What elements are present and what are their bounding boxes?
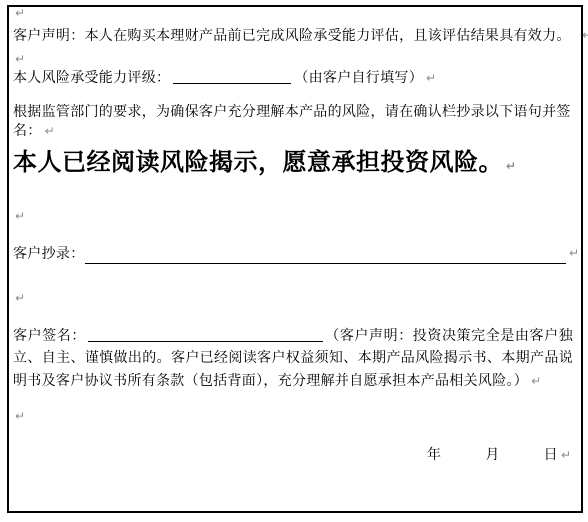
risk-rating-note: （由客户自行填写） — [294, 71, 423, 86]
risk-rating-line: 本人风险承受能力评级：（由客户自行填写）↵ — [13, 69, 579, 88]
date-day-label: 日 — [544, 448, 558, 463]
transcription-label: 客户抄录： — [13, 245, 85, 264]
paragraph-mark-icon: ↵ — [15, 292, 25, 304]
paragraph-mark-icon: ↵ — [561, 448, 571, 462]
customer-statement-line: 客户声明：本人在购买本理财产品前已完成风险承受能力评估，且该评估结果具有效力。 — [13, 27, 575, 46]
date-month-label: 月 — [485, 448, 499, 463]
paragraph-mark-icon: ↵ — [15, 210, 25, 222]
document-page: ↵ 客户声明：本人在购买本理财产品前已完成风险承受能力评估，且该评估结果具有效力… — [0, 0, 588, 522]
date-year-label: 年 — [427, 448, 441, 463]
paragraph-mark-icon: ↵ — [569, 244, 579, 263]
paragraph-mark-icon: ↵ — [15, 410, 25, 422]
instruction-line: 根据监管部门的要求，为确保客户充分理解本产品的风险，请在确认栏抄录以下语句并签名… — [13, 103, 583, 141]
pledge-heading: 本人已经阅读风险揭示，愿意承担投资风险。↵ — [13, 148, 516, 181]
transcription-blank-field[interactable] — [85, 248, 566, 264]
signature-paragraph: 客户签名：（客户声明：投资决策完全是由客户独立、自主、谨慎做出的。客户已经阅读客… — [13, 326, 573, 393]
paragraph-mark-icon: ↵ — [426, 71, 436, 85]
paragraph-mark-icon: ↵ — [531, 374, 541, 388]
paragraph-mark-icon: ↵ — [45, 124, 55, 138]
paragraph-mark-icon: ↵ — [15, 53, 25, 65]
transcription-line: 客户抄录： ↵ — [13, 244, 579, 264]
date-line: 年月日↵ — [13, 446, 571, 465]
rating-blank-field[interactable] — [173, 70, 291, 84]
paragraph-mark-icon: ↵ — [506, 159, 516, 173]
signature-label: 客户签名： — [13, 329, 86, 344]
pledge-text: 本人已经阅读风险揭示，愿意承担投资风险。 — [13, 150, 503, 176]
risk-rating-label: 本人风险承受能力评级： — [13, 71, 170, 86]
paragraph-mark-icon: ↵ — [582, 29, 588, 41]
paragraph-mark-icon: ↵ — [15, 7, 25, 19]
signature-blank-field[interactable] — [88, 328, 323, 342]
instruction-text: 根据监管部门的要求，为确保客户充分理解本产品的风险，请在确认栏抄录以下语句并签名… — [13, 105, 571, 139]
